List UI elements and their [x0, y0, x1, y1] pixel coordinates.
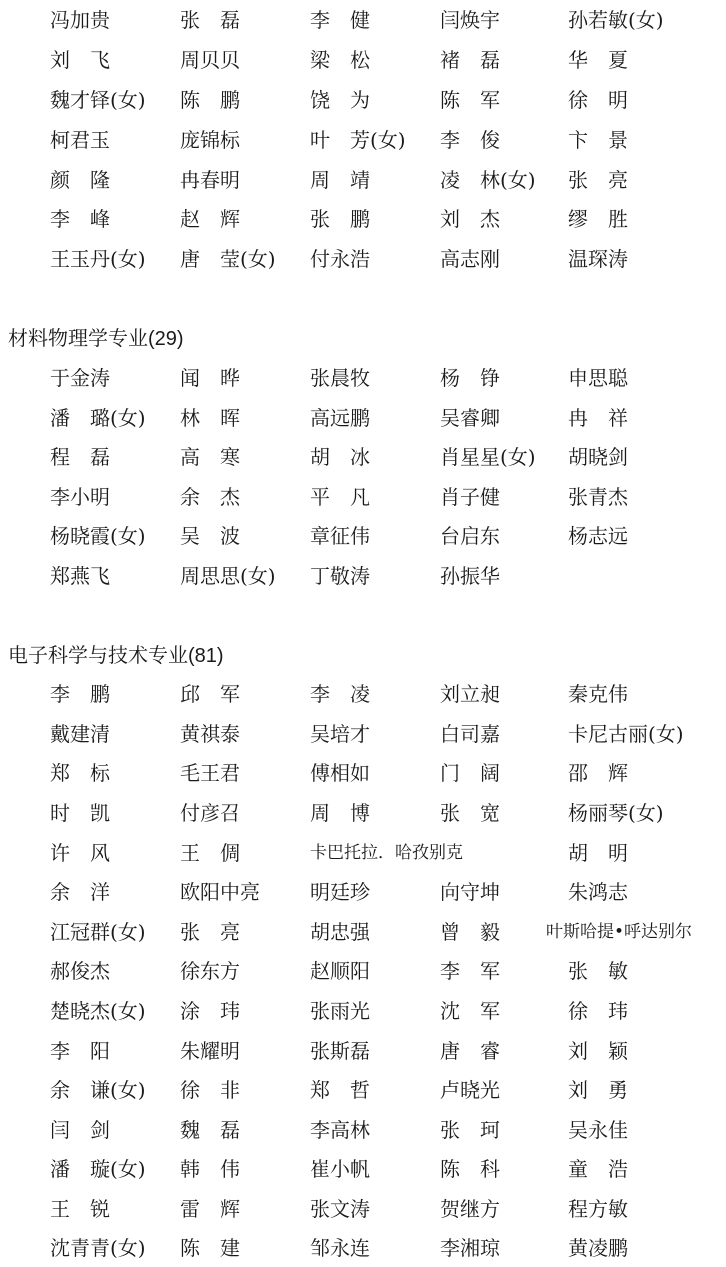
section-heading: 电子科学与技术专业(81)	[8, 640, 224, 671]
person-name: 杨丽琴(女)	[568, 798, 664, 828]
name-row: 闫 剑魏 磊李高林张 珂吴永佳	[0, 1115, 726, 1145]
person-name: 张斯磊	[310, 1036, 370, 1066]
name-row: 刘 飞周贝贝梁 松褚 磊华 夏	[0, 45, 726, 75]
person-name: 胡晓剑	[568, 442, 628, 472]
person-name: 黄祺泰	[180, 719, 240, 749]
name-row: 柯君玉庞锦标叶 芳(女)李 俊卞 景	[0, 125, 726, 155]
name-row: 时 凯付彦召周 博张 宽杨丽琴(女)	[0, 798, 726, 828]
person-name: 明廷珍	[310, 877, 370, 907]
person-name: 张 宽	[440, 798, 500, 828]
person-name: 张 磊	[180, 5, 240, 35]
name-row: 于金涛闻 晔张晨牧杨 铮申思聪	[0, 363, 726, 393]
person-name: 邱 军	[180, 679, 240, 709]
name-row: 江冠群(女)张 亮胡忠强曾 毅叶斯哈提•呼达别尔	[0, 917, 726, 947]
person-name: 童 浩	[568, 1154, 628, 1184]
person-name: 冯加贵	[50, 5, 110, 35]
person-name: 凌 林(女)	[440, 165, 536, 195]
person-name: 赵 辉	[180, 204, 240, 234]
person-name: 张 珂	[440, 1115, 500, 1145]
person-name: 李小明	[50, 482, 110, 512]
person-name: 吴永佳	[568, 1115, 628, 1145]
person-name: 毛王君	[180, 758, 240, 788]
person-name: 付永浩	[310, 244, 370, 274]
person-name: 郑燕飞	[50, 561, 110, 591]
person-name: 朱鸿志	[568, 877, 628, 907]
person-name: 丁敬涛	[310, 561, 370, 591]
person-name: 李 阳	[50, 1036, 110, 1066]
name-row: 李 峰赵 辉张 鹏刘 杰缪 胜	[0, 204, 726, 234]
person-name: 台启东	[440, 521, 500, 551]
name-row: 郑 标毛王君傅相如门 阔邵 辉	[0, 758, 726, 788]
person-name: 李湘琼	[440, 1233, 500, 1263]
person-name: 肖星星(女)	[440, 442, 536, 472]
person-name: 贺继方	[440, 1194, 500, 1224]
person-name: 饶 为	[310, 85, 370, 115]
person-name: 王 倜	[180, 838, 240, 868]
person-name: 郑 标	[50, 758, 110, 788]
person-name: 王 锐	[50, 1194, 110, 1224]
section-title: 材料物理学专业	[8, 326, 148, 350]
person-name: 周 靖	[310, 165, 370, 195]
name-row: 沈青青(女)陈 建邹永连李湘琼黄凌鹏	[0, 1233, 726, 1263]
person-name: 张晨牧	[310, 363, 370, 393]
person-name: 卡尼古丽(女)	[568, 719, 684, 749]
person-name: 张 鹏	[310, 204, 370, 234]
name-row: 余 谦(女)徐 非郑 哲卢晓光刘 勇	[0, 1075, 726, 1105]
person-name: 叶斯哈提•呼达别尔	[546, 917, 692, 947]
person-name: 高 寒	[180, 442, 240, 472]
person-name: 余 谦(女)	[50, 1075, 146, 1105]
person-name: 刘 勇	[568, 1075, 628, 1105]
person-name: 周贝贝	[180, 45, 240, 75]
person-name: 高志刚	[440, 244, 500, 274]
person-name: 涂 玮	[180, 996, 240, 1026]
person-name: 庞锦标	[180, 125, 240, 155]
person-name: 李 鹏	[50, 679, 110, 709]
person-name: 张 亮	[568, 165, 628, 195]
person-name: 程方敏	[568, 1194, 628, 1224]
person-name: 徐 玮	[568, 996, 628, 1026]
name-row: 冯加贵张 磊李 健闫焕宇孙若敏(女)	[0, 5, 726, 35]
person-name: 杨 铮	[440, 363, 500, 393]
person-name: 唐 莹(女)	[180, 244, 276, 274]
person-name: 朱耀明	[180, 1036, 240, 1066]
person-name: 江冠群(女)	[50, 917, 146, 947]
name-row: 戴建清黄祺泰吴培才白司嘉卡尼古丽(女)	[0, 719, 726, 749]
person-name: 徐东方	[180, 956, 240, 986]
person-name: 张文涛	[310, 1194, 370, 1224]
name-row: 楚晓杰(女)涂 玮张雨光沈 军徐 玮	[0, 996, 726, 1026]
person-name: 魏才铎(女)	[50, 85, 146, 115]
person-name: 李高林	[310, 1115, 370, 1145]
person-name: 陈 军	[440, 85, 500, 115]
person-name: 梁 松	[310, 45, 370, 75]
person-name: 褚 磊	[440, 45, 500, 75]
person-name: 李 峰	[50, 204, 110, 234]
person-name: 柯君玉	[50, 125, 110, 155]
person-name: 向守坤	[440, 877, 500, 907]
person-name: 魏 磊	[180, 1115, 240, 1145]
person-name: 潘 璐(女)	[50, 403, 146, 433]
person-name: 黄凌鹏	[568, 1233, 628, 1263]
person-name: 肖子健	[440, 482, 500, 512]
name-row: 许 风王 倜卡巴托拉．哈孜别克胡 明	[0, 838, 726, 868]
person-name: 卞 景	[568, 125, 628, 155]
person-name: 唐 睿	[440, 1036, 500, 1066]
person-name: 崔小帆	[310, 1154, 370, 1184]
person-name: 胡 明	[568, 838, 628, 868]
name-row: 郑燕飞周思思(女)丁敬涛孙振华	[0, 561, 726, 591]
person-name: 陈 科	[440, 1154, 500, 1184]
person-name: 胡忠强	[310, 917, 370, 947]
person-name: 陈 建	[180, 1233, 240, 1263]
person-name: 陈 鹏	[180, 85, 240, 115]
name-row: 李 阳朱耀明张斯磊唐 睿刘 颖	[0, 1036, 726, 1066]
person-name: 余 洋	[50, 877, 110, 907]
name-row: 李 鹏邱 军李 凌刘立昶秦克伟	[0, 679, 726, 709]
person-name: 吴睿卿	[440, 403, 500, 433]
person-name: 闫焕宇	[440, 5, 500, 35]
person-name: 温琛涛	[568, 244, 628, 274]
person-name: 杨志远	[568, 521, 628, 551]
person-name: 许 风	[50, 838, 110, 868]
name-row: 魏才铎(女)陈 鹏饶 为陈 军徐 明	[0, 85, 726, 115]
person-name: 平 凡	[310, 482, 370, 512]
person-name: 傅相如	[310, 758, 370, 788]
person-name: 白司嘉	[440, 719, 500, 749]
person-name: 付彦召	[180, 798, 240, 828]
name-row: 程 磊高 寒胡 冰肖星星(女)胡晓剑	[0, 442, 726, 472]
person-name: 周 博	[310, 798, 370, 828]
person-name: 于金涛	[50, 363, 110, 393]
name-row: 李小明余 杰平 凡肖子健张青杰	[0, 482, 726, 512]
person-name: 门 阔	[440, 758, 500, 788]
person-name: 闻 晔	[180, 363, 240, 393]
person-name: 潘 璇(女)	[50, 1154, 146, 1184]
person-name: 雷 辉	[180, 1194, 240, 1224]
person-name: 王玉丹(女)	[50, 244, 146, 274]
person-name: 华 夏	[568, 45, 628, 75]
person-name: 冉春明	[180, 165, 240, 195]
person-name: 刘 颖	[568, 1036, 628, 1066]
section-count: (81)	[188, 645, 224, 667]
person-name: 戴建清	[50, 719, 110, 749]
person-name: 高远鹏	[310, 403, 370, 433]
person-name: 郝俊杰	[50, 956, 110, 986]
person-name: 张 亮	[180, 917, 240, 947]
person-name: 时 凯	[50, 798, 110, 828]
person-name: 吴培才	[310, 719, 370, 749]
section-title: 电子科学与技术专业	[8, 643, 188, 667]
person-name: 余 杰	[180, 482, 240, 512]
section-heading: 材料物理学专业(29)	[8, 323, 184, 354]
name-row: 王玉丹(女)唐 莹(女)付永浩高志刚温琛涛	[0, 244, 726, 274]
person-name: 申思聪	[568, 363, 628, 393]
person-name: 刘立昶	[440, 679, 500, 709]
person-name: 郑 哲	[310, 1075, 370, 1105]
person-name: 李 凌	[310, 679, 370, 709]
person-name: 孙若敏(女)	[568, 5, 664, 35]
name-row: 余 洋欧阳中亮明廷珍向守坤朱鸿志	[0, 877, 726, 907]
person-name: 曾 毅	[440, 917, 500, 947]
person-name: 李 俊	[440, 125, 500, 155]
person-name: 胡 冰	[310, 442, 370, 472]
person-name: 刘 飞	[50, 45, 110, 75]
person-name: 邵 辉	[568, 758, 628, 788]
person-name: 叶 芳(女)	[310, 125, 406, 155]
person-name: 章征伟	[310, 521, 370, 551]
person-name: 闫 剑	[50, 1115, 110, 1145]
person-name: 张 敏	[568, 956, 628, 986]
person-name: 吴 波	[180, 521, 240, 551]
person-name: 李 军	[440, 956, 500, 986]
person-name: 沈青青(女)	[50, 1233, 146, 1263]
name-row: 潘 璇(女)韩 伟崔小帆陈 科童 浩	[0, 1154, 726, 1184]
person-name: 徐 明	[568, 85, 628, 115]
person-name: 卡巴托拉．哈孜别克	[310, 838, 463, 868]
name-row: 杨晓霞(女)吴 波章征伟台启东杨志远	[0, 521, 726, 551]
person-name: 秦克伟	[568, 679, 628, 709]
section-count: (29)	[148, 328, 184, 350]
person-name: 徐 非	[180, 1075, 240, 1105]
person-name: 缪 胜	[568, 204, 628, 234]
person-name: 卢晓光	[440, 1075, 500, 1105]
person-name: 孙振华	[440, 561, 500, 591]
person-name: 林 晖	[180, 403, 240, 433]
person-name: 邹永连	[310, 1233, 370, 1263]
person-name: 楚晓杰(女)	[50, 996, 146, 1026]
name-row: 颜 隆冉春明周 靖凌 林(女)张 亮	[0, 165, 726, 195]
person-name: 韩 伟	[180, 1154, 240, 1184]
name-row: 郝俊杰徐东方赵顺阳李 军张 敏	[0, 956, 726, 986]
person-name: 冉 祥	[568, 403, 628, 433]
person-name: 张雨光	[310, 996, 370, 1026]
person-name: 欧阳中亮	[180, 877, 260, 907]
person-name: 张青杰	[568, 482, 628, 512]
person-name: 周思思(女)	[180, 561, 276, 591]
person-name: 赵顺阳	[310, 956, 370, 986]
person-name: 颜 隆	[50, 165, 110, 195]
name-row: 潘 璐(女)林 晖高远鹏吴睿卿冉 祥	[0, 403, 726, 433]
person-name: 程 磊	[50, 442, 110, 472]
person-name: 刘 杰	[440, 204, 500, 234]
person-name: 李 健	[310, 5, 370, 35]
person-name: 杨晓霞(女)	[50, 521, 146, 551]
person-name: 沈 军	[440, 996, 500, 1026]
name-row: 王 锐雷 辉张文涛贺继方程方敏	[0, 1194, 726, 1224]
